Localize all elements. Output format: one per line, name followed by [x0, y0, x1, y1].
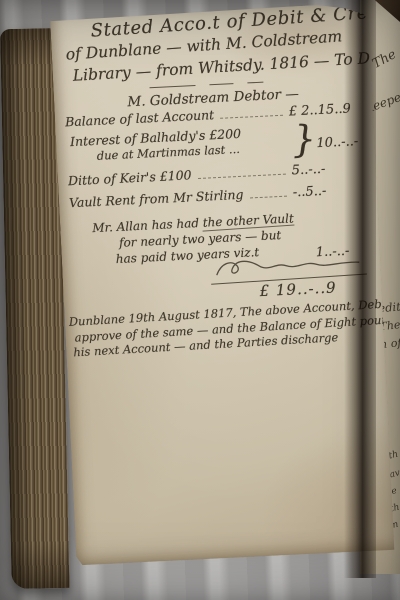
entry-amount: £ 2..15..9 [288, 101, 351, 119]
ledger-photo: The Keepe Credit to The each of to th ha… [0, 0, 400, 600]
total-amount: £ 19..-..9 [259, 278, 337, 300]
dotted-leader [220, 115, 283, 119]
entry-label: Vault Rent from Mr Stirling [69, 187, 244, 211]
entry-amount: -..5..- [292, 182, 355, 200]
dotted-leader [250, 196, 287, 199]
dotted-leader [198, 174, 286, 179]
brace-mark: } [291, 117, 317, 161]
entry-amount: 10..-..- [316, 134, 359, 151]
facing-page-fragment: The [370, 47, 399, 72]
ledger-left-page: Stated Acco.t of Debit & Credit of Dunbl… [50, 2, 394, 565]
entry-amount: 5..-..- [291, 160, 354, 178]
entry-label: Ditto of Keir's £100 [68, 167, 192, 188]
